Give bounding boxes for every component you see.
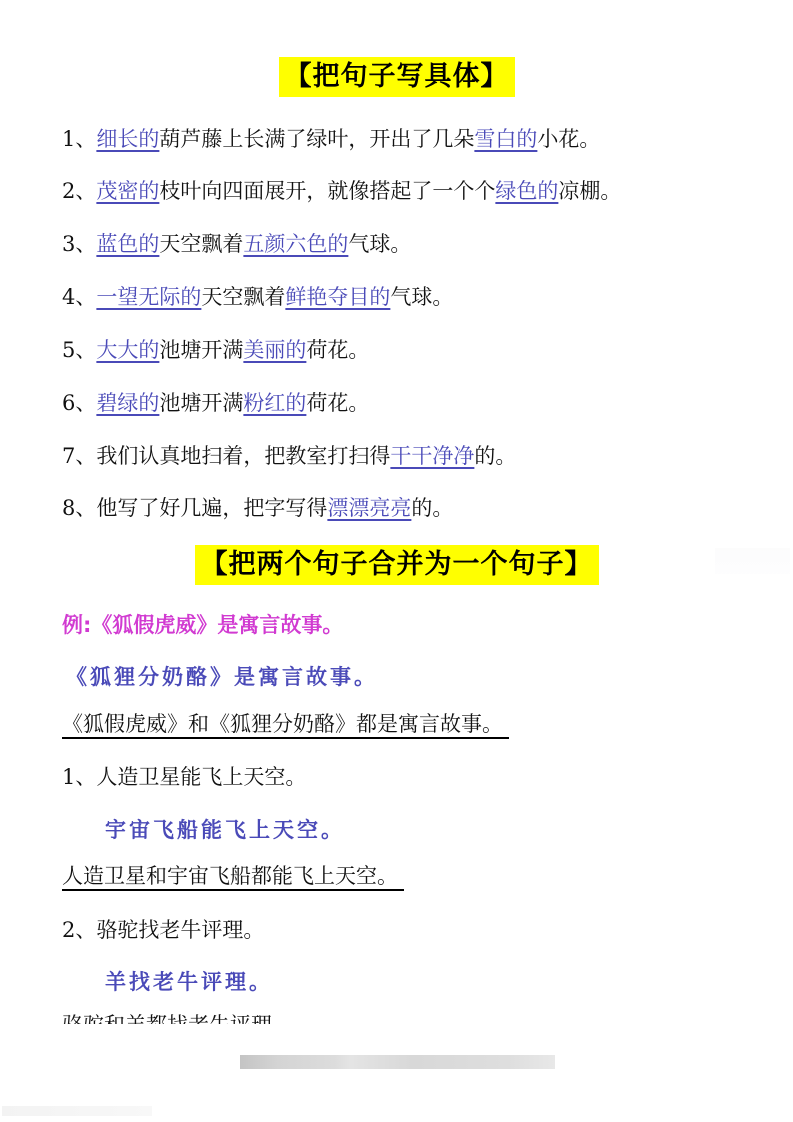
sentence-number: 2、 — [62, 179, 96, 203]
exercise-1-answer-row: 人造卫星和宇宙飞船都能飞上天空。 — [62, 861, 404, 891]
sentence-number: 8、 — [62, 496, 96, 520]
filled-answer: 绿色的 — [495, 179, 558, 203]
sentence-row: 6、碧绿的池塘开满粉红的荷花。 — [62, 388, 369, 418]
sentence-row: 7、我们认真地扫着，把教室打扫得干干净净的。 — [62, 441, 516, 471]
filled-answer: 大大的 — [96, 338, 159, 362]
sentence-row: 5、大大的池塘开满美丽的荷花。 — [62, 335, 369, 365]
sentence-text: 天空飘着 — [201, 285, 285, 309]
filled-answer: 鲜艳夺目的 — [285, 285, 390, 309]
exercise-number: 2、 — [62, 918, 96, 942]
sentence-number: 7、 — [62, 444, 96, 468]
watermark-bottom — [2, 1106, 152, 1116]
example-line-1: 例:《狐假虎威》是寓言故事。 — [62, 610, 343, 640]
sentence-text: 小花。 — [537, 127, 600, 151]
exercise-2-answer: 骆驼和羊都找老牛评理。 — [62, 1013, 293, 1024]
exercise-1-sentence-2: 宇宙飞船能飞上天空。 — [105, 815, 345, 845]
sentence-text: 我们认真地扫着，把教室打扫得 — [96, 444, 390, 468]
filled-answer: 雪白的 — [474, 127, 537, 151]
sentence-text: 气球。 — [390, 285, 453, 309]
section1-title-wrap: 【把句子写具体】 — [0, 57, 793, 97]
exercise-1-sentence-1: 1、人造卫星能飞上天空。 — [62, 762, 306, 792]
filled-answer: 碧绿的 — [96, 391, 159, 415]
exercise-sentence: 人造卫星能飞上天空。 — [96, 765, 306, 789]
sentence-text: 荷花。 — [306, 391, 369, 415]
filled-answer: 一望无际的 — [96, 285, 201, 309]
sentence-text: 气球。 — [348, 232, 411, 256]
sentence-row: 2、茂密的枝叶向四面展开，就像搭起了一个个绿色的凉棚。 — [62, 176, 621, 206]
sentence-row: 1、细长的葫芦藤上长满了绿叶，开出了几朵雪白的小花。 — [62, 124, 600, 154]
filled-answer: 细长的 — [96, 127, 159, 151]
sentence-text: 凉棚。 — [558, 179, 621, 203]
sentence-text: 天空飘着 — [159, 232, 243, 256]
sentence-text: 的。 — [411, 496, 453, 520]
filled-answer: 干干净净 — [390, 444, 474, 468]
sentence-text: 池塘开满 — [159, 391, 243, 415]
section2-title-wrap: 【把两个句子合并为一个句子】 — [0, 545, 793, 585]
section1-title: 【把句子写具体】 — [279, 57, 515, 97]
exercise-2-sentence-1: 2、骆驼找老牛评理。 — [62, 915, 264, 945]
filled-answer: 美丽的 — [243, 338, 306, 362]
filled-answer: 粉红的 — [243, 391, 306, 415]
sentence-number: 3、 — [62, 232, 96, 256]
exercise-number: 1、 — [62, 765, 96, 789]
sentence-number: 4、 — [62, 285, 96, 309]
sentence-text: 的。 — [474, 444, 516, 468]
exercise-sentence: 骆驼找老牛评理。 — [96, 918, 264, 942]
sentence-number: 5、 — [62, 338, 96, 362]
sentence-row: 8、他写了好几遍，把字写得漂漂亮亮的。 — [62, 493, 453, 523]
section2-title: 【把两个句子合并为一个句子】 — [195, 545, 599, 585]
example-line-2: 《狐狸分奶酪》是寓言故事。 — [66, 662, 378, 692]
filled-answer: 蓝色的 — [96, 232, 159, 256]
sentence-text: 葫芦藤上长满了绿叶，开出了几朵 — [159, 127, 474, 151]
filled-answer: 五颜六色的 — [243, 232, 348, 256]
sentence-text: 池塘开满 — [159, 338, 243, 362]
filled-answer: 漂漂亮亮 — [327, 496, 411, 520]
exercise-1-answer: 人造卫星和宇宙飞船都能飞上天空。 — [62, 864, 404, 891]
blurred-footer-bar — [240, 1055, 555, 1069]
example-answer: 《狐假虎威》和《狐狸分奶酪》都是寓言故事。 — [62, 712, 509, 739]
example-answer-row: 《狐假虎威》和《狐狸分奶酪》都是寓言故事。 — [62, 709, 509, 739]
sentence-number: 1、 — [62, 127, 96, 151]
exercise-2-answer-truncated: 骆驼和羊都找老牛评理。 — [62, 1010, 293, 1024]
watermark-right — [715, 548, 790, 574]
sentence-number: 6、 — [62, 391, 96, 415]
sentence-text: 荷花。 — [306, 338, 369, 362]
sentence-row: 4、一望无际的天空飘着鲜艳夺目的气球。 — [62, 282, 453, 312]
exercise-2-sentence-2: 羊找老牛评理。 — [105, 967, 273, 997]
filled-answer: 茂密的 — [96, 179, 159, 203]
sentence-text: 枝叶向四面展开，就像搭起了一个个 — [159, 179, 495, 203]
sentence-text: 他写了好几遍，把字写得 — [96, 496, 327, 520]
sentence-row: 3、蓝色的天空飘着五颜六色的气球。 — [62, 229, 411, 259]
